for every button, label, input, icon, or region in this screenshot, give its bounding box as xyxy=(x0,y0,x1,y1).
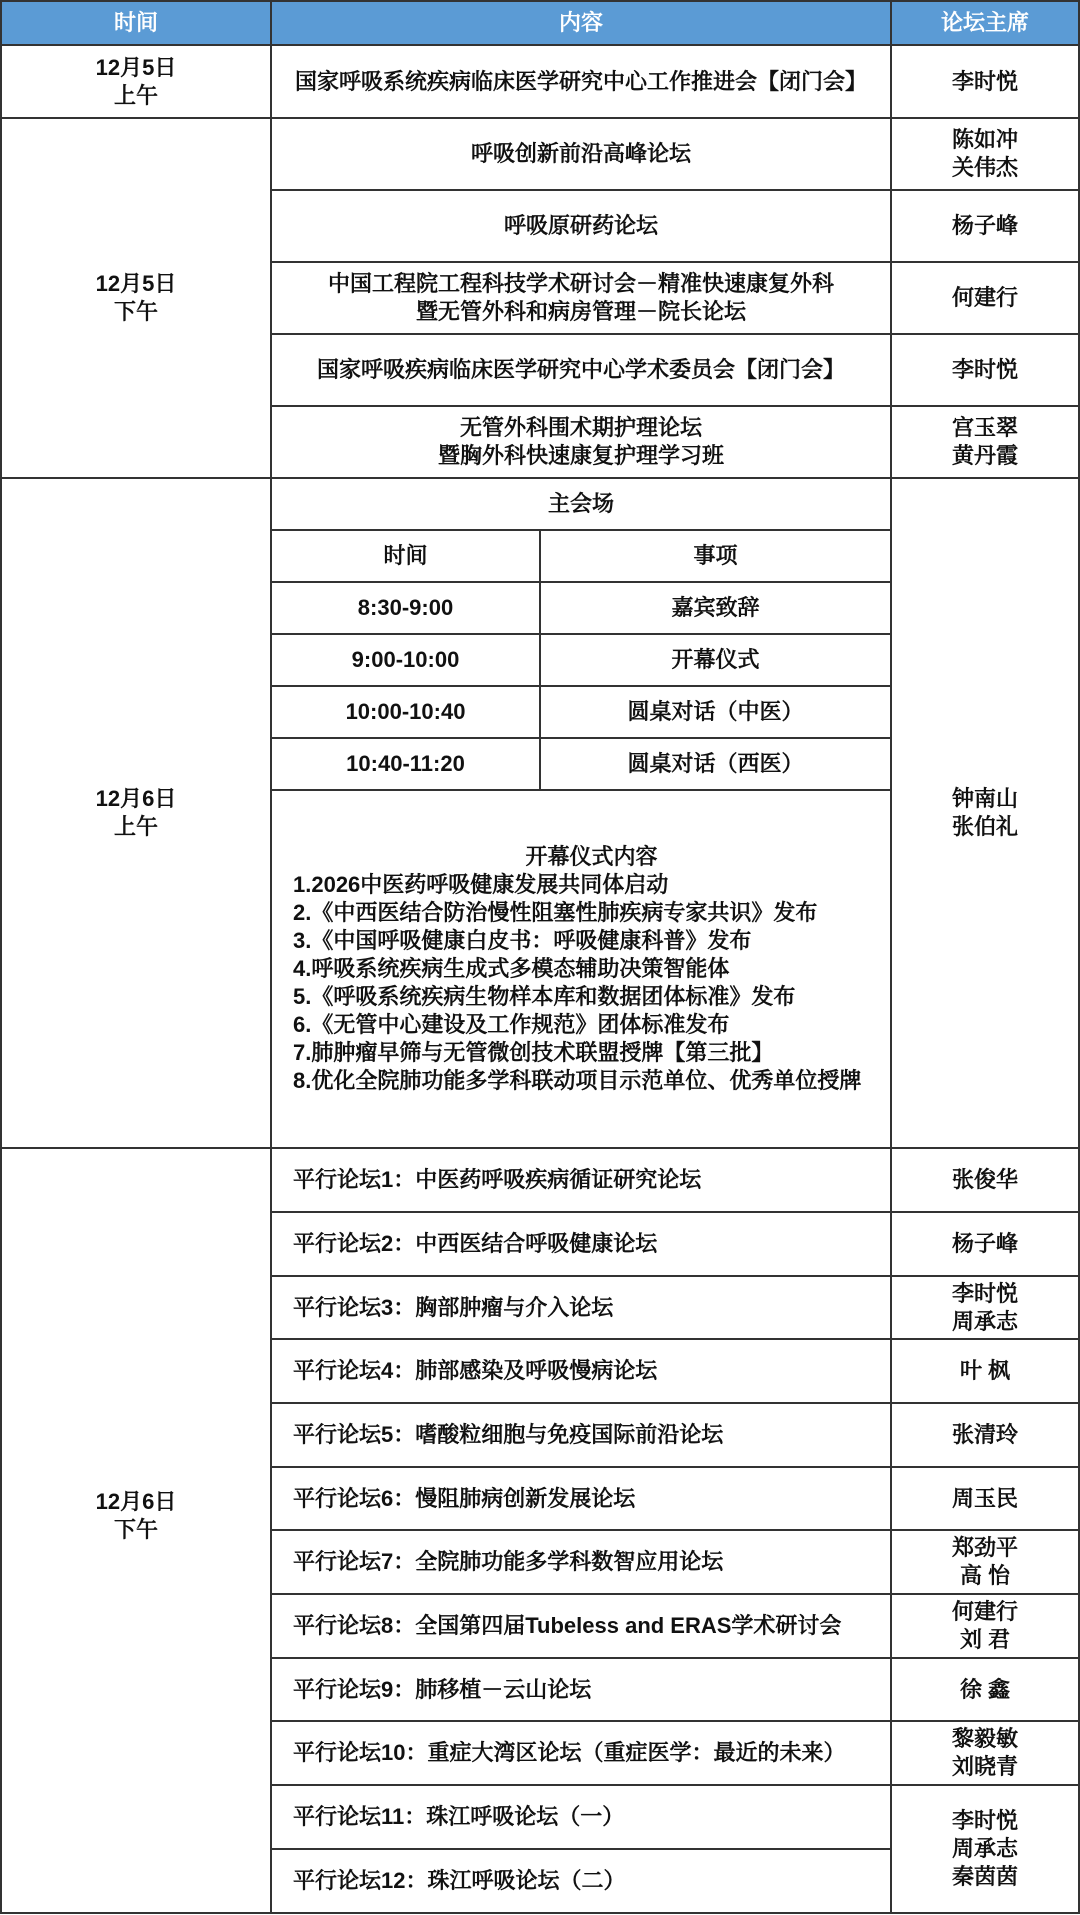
chair-name: 周承志 xyxy=(952,1835,1018,1863)
session-chair-cell: 徐 鑫 xyxy=(892,1659,1078,1720)
chair-name: 李时悦 xyxy=(952,1280,1018,1308)
chair-name: 黄丹霞 xyxy=(952,442,1018,470)
venue-item-value: 圆桌对话（中医） xyxy=(627,698,803,726)
header-cell-content: 内容 xyxy=(272,2,890,44)
parallel-forum-cell: 平行论坛4：肺部感染及呼吸慢病论坛 xyxy=(272,1340,890,1402)
date-label: 12月5日 xyxy=(96,270,177,298)
session-chair-cell: 郑劲平 高 怡 xyxy=(892,1531,1078,1593)
parallel-forum-cell: 平行论坛2：中西医结合呼吸健康论坛 xyxy=(272,1213,890,1275)
chair-name: 黎毅敏 xyxy=(952,1725,1018,1753)
parallel-forum-cell: 平行论坛6：慢阻肺病创新发展论坛 xyxy=(272,1468,890,1529)
venue-time-value: 8:30-9:00 xyxy=(358,594,453,622)
date-cell-dec5-pm: 12月5日 下午 xyxy=(2,119,270,477)
chair-name: 张俊华 xyxy=(952,1166,1018,1194)
ceremony-item: 4.呼吸系统疾病生成式多模态辅助决策智能体 xyxy=(293,955,890,983)
session-title: 国家呼吸系统疾病临床医学研究中心工作推进会【闭门会】 xyxy=(295,68,867,96)
ceremony-item: 8.优化全院肺功能多学科联动项目示范单位、优秀单位授牌 xyxy=(293,1067,890,1095)
date-cell-dec6-am: 12月6日 上午 xyxy=(2,479,270,1147)
header-time-label: 时间 xyxy=(114,9,158,37)
session-chair-cell: 张俊华 xyxy=(892,1149,1078,1211)
main-venue-title: 主会场 xyxy=(548,490,614,518)
forum-title: 平行论坛9：肺移植－云山论坛 xyxy=(293,1676,591,1704)
chair-name: 刘 君 xyxy=(960,1626,1010,1654)
chair-name: 张清玲 xyxy=(952,1421,1018,1449)
session-chair-cell: 黎毅敏 刘晓青 xyxy=(892,1722,1078,1784)
ceremony-item: 5.《呼吸系统疾病生物样本库和数据团体标准》发布 xyxy=(293,983,890,1011)
forum-title: 平行论坛6：慢阻肺病创新发展论坛 xyxy=(293,1485,635,1513)
session-chair-cell: 张清玲 xyxy=(892,1404,1078,1466)
session-chair-cell: 叶 枫 xyxy=(892,1340,1078,1402)
session-title-cell: 国家呼吸系统疾病临床医学研究中心工作推进会【闭门会】 xyxy=(272,46,890,117)
chair-name: 李时悦 xyxy=(952,356,1018,384)
session-chair-cell: 周玉民 xyxy=(892,1468,1078,1529)
chair-name: 关伟杰 xyxy=(952,154,1018,182)
chair-name: 李时悦 xyxy=(952,1807,1018,1835)
venue-row-time: 10:00-10:40 xyxy=(272,687,539,737)
chair-name: 高 怡 xyxy=(960,1562,1010,1590)
date-label: 12月6日 xyxy=(96,785,177,813)
session-title-line: 暨胸外科快速康复护理学习班 xyxy=(438,442,724,470)
venue-time-value: 10:00-10:40 xyxy=(346,698,466,726)
venue-col-time-label: 时间 xyxy=(383,542,427,570)
parallel-forum-cell: 平行论坛9：肺移植－云山论坛 xyxy=(272,1659,890,1720)
venue-item-value: 圆桌对话（西医） xyxy=(627,750,803,778)
venue-row-item: 圆桌对话（西医） xyxy=(541,739,890,789)
forum-title: 平行论坛11：珠江呼吸论坛（一） xyxy=(293,1803,624,1831)
parallel-forum-cell: 平行论坛1：中医药呼吸疾病循证研究论坛 xyxy=(272,1149,890,1211)
forum-title: 平行论坛10：重症大湾区论坛（重症医学：最近的未来） xyxy=(293,1739,845,1767)
venue-time-value: 9:00-10:00 xyxy=(352,646,460,674)
ceremony-item: 2.《中西医结合防治慢性阻塞性肺疾病专家共识》发布 xyxy=(293,899,890,927)
session-chair-cell: 杨子峰 xyxy=(892,1213,1078,1275)
ceremony-title: 开幕仪式内容 xyxy=(293,843,890,871)
session-title: 呼吸创新前沿高峰论坛 xyxy=(471,140,691,168)
parallel-forum-cell: 平行论坛8：全国第四届Tubeless and ERAS学术研讨会 xyxy=(272,1595,890,1657)
chair-name: 李时悦 xyxy=(952,68,1018,96)
chair-name: 叶 枫 xyxy=(960,1357,1010,1385)
forum-title: 平行论坛12：珠江呼吸论坛（二） xyxy=(293,1867,625,1895)
venue-row-time: 8:30-9:00 xyxy=(272,583,539,633)
session-title-cell: 无管外科围术期护理论坛 暨胸外科快速康复护理学习班 xyxy=(272,407,890,477)
chair-name: 杨子峰 xyxy=(952,212,1018,240)
parallel-forum-cell: 平行论坛10：重症大湾区论坛（重症医学：最近的未来） xyxy=(272,1722,890,1784)
shared-chair-cell: 李时悦 周承志 秦茵茵 xyxy=(892,1786,1078,1912)
chair-name: 徐 鑫 xyxy=(960,1676,1010,1704)
parallel-forum-cell: 平行论坛5：嗜酸粒细胞与免疫国际前沿论坛 xyxy=(272,1404,890,1466)
forum-title: 平行论坛5：嗜酸粒细胞与免疫国际前沿论坛 xyxy=(293,1421,723,1449)
forum-title: 平行论坛4：肺部感染及呼吸慢病论坛 xyxy=(293,1357,657,1385)
session-title-line: 无管外科围术期护理论坛 xyxy=(460,414,702,442)
venue-row-item: 开幕仪式 xyxy=(541,635,890,685)
session-title: 国家呼吸疾病临床医学研究中心学术委员会【闭门会】 xyxy=(317,356,845,384)
header-cell-chair: 论坛主席 xyxy=(892,2,1078,44)
session-title-cell: 呼吸原研药论坛 xyxy=(272,191,890,261)
session-title-cell: 呼吸创新前沿高峰论坛 xyxy=(272,119,890,189)
ceremony-item: 3.《中国呼吸健康白皮书：呼吸健康科普》发布 xyxy=(293,927,890,955)
period-label: 上午 xyxy=(114,813,158,841)
date-label: 12月5日 xyxy=(96,54,177,82)
schedule-table: 时间 内容 论坛主席 12月5日 上午 国家呼吸系统疾病临床医学研究中心工作推进… xyxy=(0,0,1080,1914)
session-title: 呼吸原研药论坛 xyxy=(504,212,658,240)
forum-title: 平行论坛2：中西医结合呼吸健康论坛 xyxy=(293,1230,657,1258)
venue-row-time: 10:40-11:20 xyxy=(272,739,539,789)
opening-ceremony-content: 开幕仪式内容 1.2026中医药呼吸健康发展共同体启动 2.《中西医结合防治慢性… xyxy=(272,791,890,1147)
chair-name: 周承志 xyxy=(952,1308,1018,1336)
chair-name: 刘晓青 xyxy=(952,1753,1018,1781)
chair-name: 秦茵茵 xyxy=(952,1863,1018,1891)
forum-title: 平行论坛7：全院肺功能多学科数智应用论坛 xyxy=(293,1548,723,1576)
venue-row-time: 9:00-10:00 xyxy=(272,635,539,685)
chair-name: 杨子峰 xyxy=(952,1230,1018,1258)
venue-col-header-time: 时间 xyxy=(272,531,539,581)
venue-item-value: 开幕仪式 xyxy=(671,646,759,674)
venue-item-value: 嘉宾致辞 xyxy=(671,594,759,622)
venue-row-item: 嘉宾致辞 xyxy=(541,583,890,633)
main-venue-table: 主会场 时间 事项 8:30-9:00 嘉宾致辞 9:00-10:00 开幕仪式… xyxy=(272,479,890,1147)
session-title-line: 中国工程院工程科技学术研讨会－精准快速康复外科 xyxy=(328,270,834,298)
chair-name: 张伯礼 xyxy=(952,813,1018,841)
date-cell-dec6-pm: 12月6日 下午 xyxy=(2,1149,270,1912)
session-title-cell: 中国工程院工程科技学术研讨会－精准快速康复外科 暨无管外科和病房管理－院长论坛 xyxy=(272,263,890,333)
venue-col-header-item: 事项 xyxy=(541,531,890,581)
ceremony-item: 7.肺肿瘤早筛与无管微创技术联盟授牌【第三批】 xyxy=(293,1039,890,1067)
schedule-page: 时间 内容 论坛主席 12月5日 上午 国家呼吸系统疾病临床医学研究中心工作推进… xyxy=(0,0,1080,1915)
chair-name: 周玉民 xyxy=(952,1485,1018,1513)
session-title-line: 暨无管外科和病房管理－院长论坛 xyxy=(416,298,746,326)
chair-name: 郑劲平 xyxy=(952,1534,1018,1562)
session-chair-cell: 李时悦 xyxy=(892,335,1078,405)
parallel-forum-cell: 平行论坛3：胸部肿瘤与介入论坛 xyxy=(272,1277,890,1338)
forum-title: 平行论坛3：胸部肿瘤与介入论坛 xyxy=(293,1294,613,1322)
session-chair-cell: 宫玉翠 黄丹霞 xyxy=(892,407,1078,477)
venue-row-item: 圆桌对话（中医） xyxy=(541,687,890,737)
chair-name: 何建行 xyxy=(952,1598,1018,1626)
period-label: 上午 xyxy=(114,82,158,110)
session-chair-cell: 陈如冲 关伟杰 xyxy=(892,119,1078,189)
session-chair-cell: 何建行 刘 君 xyxy=(892,1595,1078,1657)
chair-name: 钟南山 xyxy=(952,785,1018,813)
session-chair-cell: 钟南山 张伯礼 xyxy=(892,479,1078,1147)
parallel-forum-cell: 平行论坛12：珠江呼吸论坛（二） xyxy=(272,1850,890,1912)
forum-title: 平行论坛1：中医药呼吸疾病循证研究论坛 xyxy=(293,1166,701,1194)
venue-col-item-label: 事项 xyxy=(693,542,737,570)
chair-name: 何建行 xyxy=(952,284,1018,312)
date-label: 12月6日 xyxy=(96,1488,177,1516)
session-chair-cell: 李时悦 xyxy=(892,46,1078,117)
parallel-forum-cell: 平行论坛11：珠江呼吸论坛（一） xyxy=(272,1786,890,1848)
date-cell-dec5-am: 12月5日 上午 xyxy=(2,46,270,117)
header-chair-label: 论坛主席 xyxy=(941,9,1029,37)
session-chair-cell: 李时悦 周承志 xyxy=(892,1277,1078,1338)
forum-title: 平行论坛8：全国第四届Tubeless and ERAS学术研讨会 xyxy=(293,1612,841,1640)
header-content-label: 内容 xyxy=(559,9,603,37)
chair-name: 宫玉翠 xyxy=(952,414,1018,442)
parallel-forum-cell: 平行论坛7：全院肺功能多学科数智应用论坛 xyxy=(272,1531,890,1593)
ceremony-item: 6.《无管中心建设及工作规范》团体标准发布 xyxy=(293,1011,890,1039)
session-title-cell: 国家呼吸疾病临床医学研究中心学术委员会【闭门会】 xyxy=(272,335,890,405)
session-chair-cell: 杨子峰 xyxy=(892,191,1078,261)
header-cell-time: 时间 xyxy=(2,2,270,44)
main-venue-title-cell: 主会场 xyxy=(272,479,890,529)
period-label: 下午 xyxy=(114,298,158,326)
session-chair-cell: 何建行 xyxy=(892,263,1078,333)
ceremony-item: 1.2026中医药呼吸健康发展共同体启动 xyxy=(293,871,890,899)
chair-name: 陈如冲 xyxy=(952,126,1018,154)
venue-time-value: 10:40-11:20 xyxy=(346,750,465,778)
period-label: 下午 xyxy=(114,1516,158,1544)
